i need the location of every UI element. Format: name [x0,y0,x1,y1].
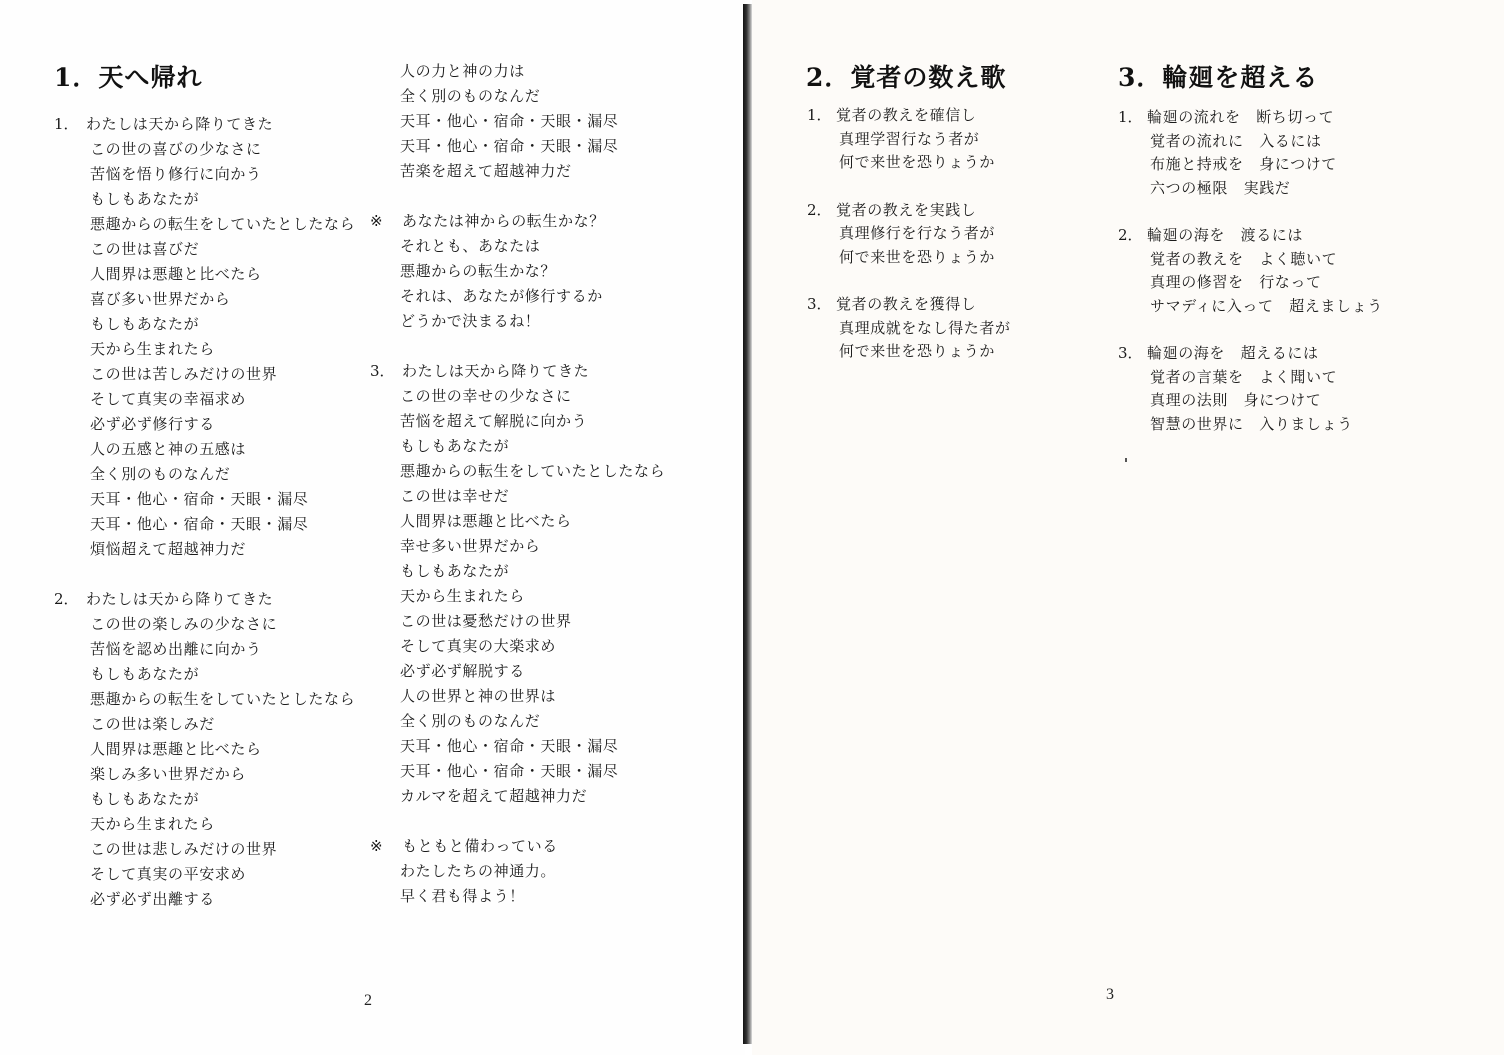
right-page: 2．覚者の数え歌 3．輪廻を超える 1．覚者の教えを確信し真理学習行なう者が何で… [752,0,1504,1055]
lyric-line: この世の幸せの少なさに [370,384,665,409]
verse-marker: 2． [1118,224,1143,248]
lyric-line: わたしは天から降りてきた [370,359,665,384]
lyric-line: 真理修行を行なう者が [807,222,1011,246]
lyric-line: 人の力と神の力は [370,59,665,84]
lyric-line: 真理成就をなし得た者が [807,317,1011,341]
lyric-line: 悪趣からの転生をしていたとしたなら [54,687,355,712]
left-page: 1．天へ帰れ 1．わたしは天から降りてきたこの世の喜びの少なさに苦悩を悟り修行に… [0,0,745,1055]
lyric-line: この世は喜びだ [54,237,355,262]
lyric-line: カルマを超えて超越神力だ [370,784,665,809]
lyric-line: 全く別のものなんだ [54,462,355,487]
lyric-line: 何で来世を恐りょうか [807,340,1011,364]
verse-marker: 3． [807,293,832,317]
lyric-line: 輪廻の海を 渡るには [1118,224,1383,248]
lyric-line: もしもあなたが [54,187,355,212]
book-spine-divider [743,4,752,1044]
lyric-line: もしもあなたが [54,787,355,812]
lyric-line: 真理の修習を 行なって [1118,271,1383,295]
verse-marker: 2． [54,587,79,612]
lyric-line: 人間界は悪趣と比べたら [370,509,665,534]
verse: 3．覚者の教えを獲得し真理成就をなし得た者が何で来世を恐りょうか [807,293,1011,364]
lyric-line: 覚者の教えを実践し [807,199,1011,223]
lyric-line: 天耳・他心・宿命・天眼・漏尽 [370,759,665,784]
lyric-line: この世は憂愁だけの世界 [370,609,665,634]
lyric-line: 全く別のものなんだ [370,84,665,109]
lyric-line: 輪廻の海を 超えるには [1118,342,1383,366]
lyric-line: この世は幸せだ [370,484,665,509]
lyric-line: わたしたちの神通力。 [370,859,665,884]
verse-marker: 1． [54,112,79,137]
lyric-line: 楽しみ多い世界だから [54,762,355,787]
verse-marker: 1． [1118,106,1143,130]
song1-column-2: 人の力と神の力は全く別のものなんだ天耳・他心・宿命・天眼・漏尽天耳・他心・宿命・… [370,59,665,909]
verse: ※あなたは神からの転生かな？それとも、あなたは悪趣からの転生かな？それは、あなた… [370,209,665,334]
scan-speck [1125,458,1127,462]
lyric-line: 覚者の流れに 入るには [1118,130,1383,154]
lyric-line: 喜び多い世界だから [54,287,355,312]
lyric-line: もしもあなたが [54,312,355,337]
verse-marker: ※ [370,209,383,234]
lyric-line: あなたは神からの転生かな？ [370,209,665,234]
lyric-line: この世の楽しみの少なさに [54,612,355,637]
verse: 1．わたしは天から降りてきたこの世の喜びの少なさに苦悩を悟り修行に向かうもしもあ… [54,112,355,562]
lyric-line: 苦悩を超えて解脱に向かう [370,409,665,434]
lyric-line: それとも、あなたは [370,234,665,259]
lyric-line: もしもあなたが [370,434,665,459]
lyric-line: もしもあなたが [54,662,355,687]
lyric-line: 幸せ多い世界だから [370,534,665,559]
verse-marker: 1． [807,104,832,128]
lyric-line: 人間界は悪趣と比べたら [54,737,355,762]
lyric-line: どうかで決まるね！ [370,309,665,334]
verse-marker: 3． [370,359,395,384]
lyric-line: 智慧の世界に 入りましょう [1118,413,1383,437]
lyric-line: そして真実の平安求め [54,862,355,887]
verse: 2．わたしは天から降りてきたこの世の楽しみの少なさに苦悩を認め出離に向かうもしも… [54,587,355,912]
lyric-line: 苦悩を認め出離に向かう [54,637,355,662]
verse: 2．覚者の教えを実践し真理修行を行なう者が何で来世を恐りょうか [807,199,1011,270]
page-number-left: 2 [364,992,372,1010]
lyric-line: この世は苦しみだけの世界 [54,362,355,387]
lyric-line: わたしは天から降りてきた [54,112,355,137]
lyric-line: 覚者の教えを確信し [807,104,1011,128]
verse-marker: 3． [1118,342,1143,366]
verse: 2．輪廻の海を 渡るには覚者の教えを よく聴いて真理の修習を 行なってサマディに… [1118,224,1383,318]
lyric-line: 六つの極限 実践だ [1118,177,1383,201]
song2-title: 2．覚者の数え歌 [806,58,1006,94]
verse: 1．輪廻の流れを 断ち切って覚者の流れに 入るには布施と持戒を 身につけて六つの… [1118,106,1383,200]
verse-marker: 2． [807,199,832,223]
lyric-line: 必ず必ず解脱する [370,659,665,684]
lyric-line: わたしは天から降りてきた [54,587,355,612]
lyric-line: 苦悩を悟り修行に向かう [54,162,355,187]
lyric-line: それは、あなたが修行するか [370,284,665,309]
lyric-line: 覚者の教えを獲得し [807,293,1011,317]
verse: 人の力と神の力は全く別のものなんだ天耳・他心・宿命・天眼・漏尽天耳・他心・宿命・… [370,59,665,184]
lyric-line: サマディに入って 超えましょう [1118,295,1383,319]
lyric-line: 何で来世を恐りょうか [807,246,1011,270]
lyric-line: 天耳・他心・宿命・天眼・漏尽 [370,134,665,159]
lyric-line: 天から生まれたら [370,584,665,609]
lyric-line: 布施と持戒を 身につけて [1118,153,1383,177]
lyric-line: 天から生まれたら [54,337,355,362]
lyric-line: 苦楽を超えて超越神力だ [370,159,665,184]
lyric-line: 人の世界と神の世界は [370,684,665,709]
lyric-line: 天耳・他心・宿命・天眼・漏尽 [370,109,665,134]
lyric-line: 人間界は悪趣と比べたら [54,262,355,287]
song3-title: 3．輪廻を超える [1118,58,1318,94]
lyric-line: 天耳・他心・宿命・天眼・漏尽 [54,512,355,537]
lyric-line: 何で来世を恐りょうか [807,151,1011,175]
lyric-line: 真理の法則 身につけて [1118,389,1383,413]
lyric-line: 煩悩超えて超越神力だ [54,537,355,562]
lyric-line: この世の喜びの少なさに [54,137,355,162]
lyric-line: 覚者の教えを よく聴いて [1118,248,1383,272]
page-number-right: 3 [1106,986,1114,1004]
verse: 3．輪廻の海を 超えるには覚者の言葉を よく聞いて真理の法則 身につけて智慧の世… [1118,342,1383,436]
verse-marker: ※ [370,834,383,859]
verse: ※もともと備わっているわたしたちの神通力。早く君も得よう！ [370,834,665,909]
lyric-line: そして真実の大楽求め [370,634,665,659]
lyric-line: 輪廻の流れを 断ち切って [1118,106,1383,130]
lyric-line: 全く別のものなんだ [370,709,665,734]
lyric-line: 悪趣からの転生をしていたとしたなら [54,212,355,237]
lyric-line: 早く君も得よう！ [370,884,665,909]
lyric-line: 悪趣からの転生かな？ [370,259,665,284]
lyric-line: 必ず必ず出離する [54,887,355,912]
lyric-line: 覚者の言葉を よく聞いて [1118,366,1383,390]
song2-verses: 1．覚者の教えを確信し真理学習行なう者が何で来世を恐りょうか2．覚者の教えを実践… [807,104,1011,364]
lyric-line: 真理学習行なう者が [807,128,1011,152]
lyric-line: もともと備わっている [370,834,665,859]
lyric-line: 天から生まれたら [54,812,355,837]
song3-verses: 1．輪廻の流れを 断ち切って覚者の流れに 入るには布施と持戒を 身につけて六つの… [1118,106,1383,436]
lyric-line: そして真実の幸福求め [54,387,355,412]
song1-title: 1．天へ帰れ [54,58,202,94]
lyric-line: 悪趣からの転生をしていたとしたなら [370,459,665,484]
lyric-line: 天耳・他心・宿命・天眼・漏尽 [370,734,665,759]
song1-column-1: 1．わたしは天から降りてきたこの世の喜びの少なさに苦悩を悟り修行に向かうもしもあ… [54,112,355,912]
lyric-line: この世は楽しみだ [54,712,355,737]
lyric-line: もしもあなたが [370,559,665,584]
verse: 3．わたしは天から降りてきたこの世の幸せの少なさに苦悩を超えて解脱に向かうもしも… [370,359,665,809]
lyric-line: 天耳・他心・宿命・天眼・漏尽 [54,487,355,512]
lyric-line: 必ず必ず修行する [54,412,355,437]
verse: 1．覚者の教えを確信し真理学習行なう者が何で来世を恐りょうか [807,104,1011,175]
lyric-line: この世は悲しみだけの世界 [54,837,355,862]
lyric-line: 人の五感と神の五感は [54,437,355,462]
